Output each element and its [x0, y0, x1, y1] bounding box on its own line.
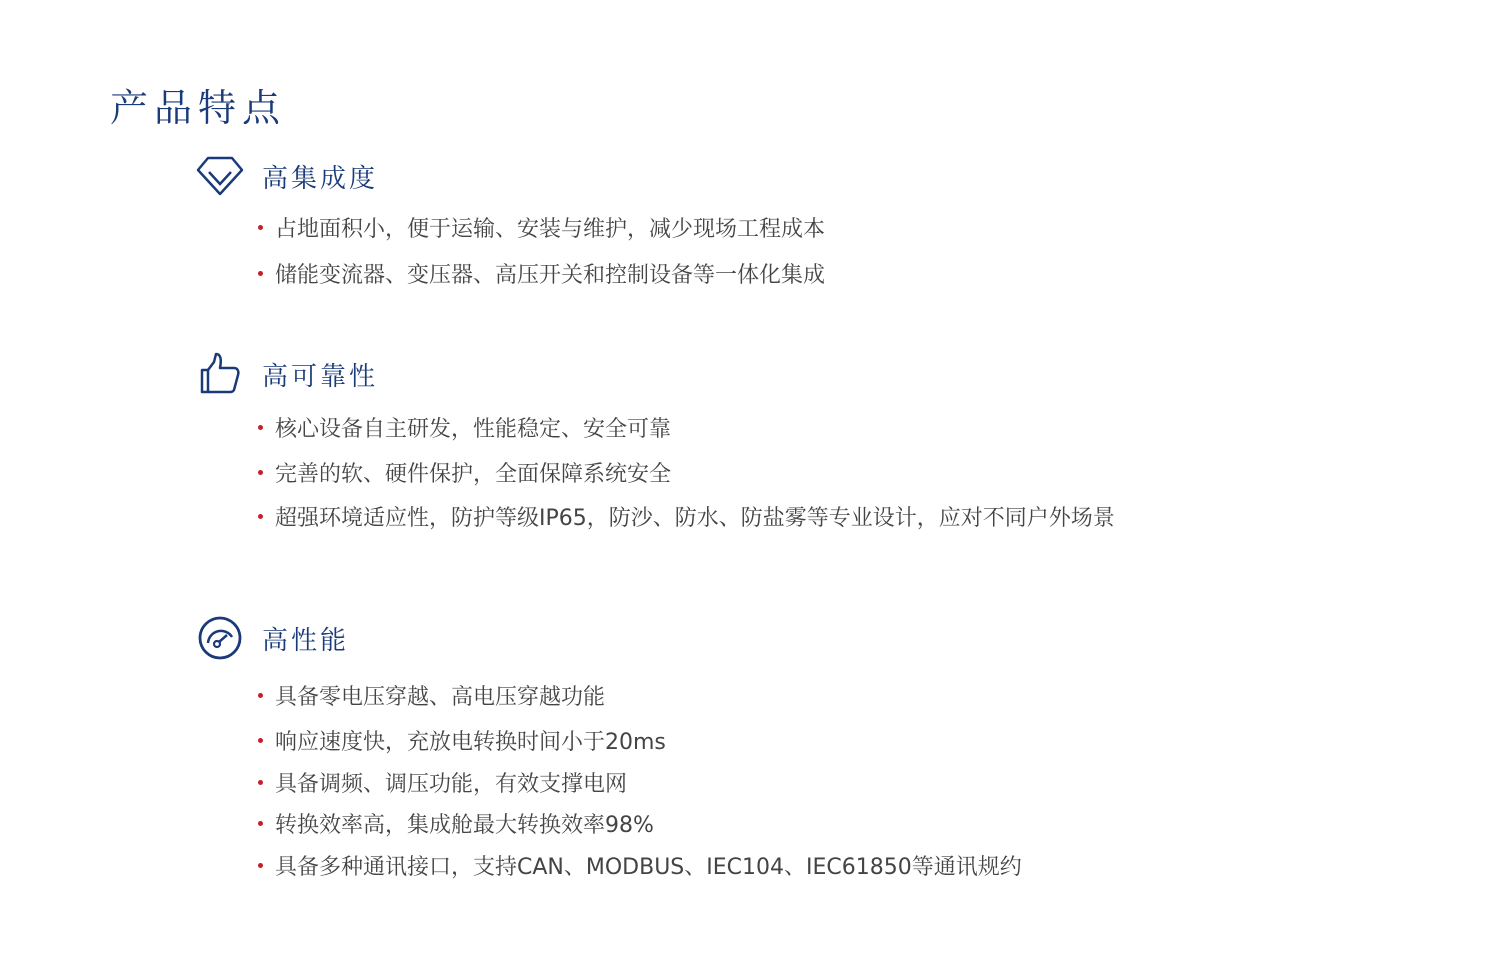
bullet-dot: [258, 693, 263, 698]
bullet-dot: [258, 225, 263, 230]
bullet-dot: [258, 821, 263, 826]
list-item: 响应速度快，充放电转换时间小于20ms: [258, 725, 666, 756]
list-item: 具备多种通讯接口，支持CAN、MODBUS、IEC104、IEC61850等通讯…: [258, 850, 1022, 881]
page-title: 产品特点: [110, 77, 286, 132]
list-item: 转换效率高，集成舱最大转换效率98%: [258, 808, 654, 839]
section-title: 高集成度: [262, 158, 378, 195]
list-item: 储能变流器、变压器、高压开关和控制设备等一体化集成: [258, 258, 825, 289]
bullet-dot: [258, 470, 263, 475]
list-item: 核心设备自主研发，性能稳定、安全可靠: [258, 412, 671, 443]
section-title: 高可靠性: [262, 356, 378, 393]
list-item: 占地面积小，便于运输、安装与维护，减少现场工程成本: [258, 212, 825, 243]
list-item: 具备零电压穿越、高电压穿越功能: [258, 680, 605, 711]
section-title: 高性能: [262, 620, 349, 657]
section-header: 高性能: [196, 614, 349, 662]
bullet-dot: [258, 514, 263, 519]
bullet-dot: [258, 425, 263, 430]
section-high-integration: 高集成度 占地面积小，便于运输、安装与维护，减少现场工程成本 储能变流器、变压器…: [196, 152, 378, 200]
section-header: 高集成度: [196, 152, 378, 200]
bullet-dot: [258, 738, 263, 743]
section-high-performance: 高性能 具备零电压穿越、高电压穿越功能 响应速度快，充放电转换时间小于20ms …: [196, 614, 349, 662]
section-header: 高可靠性: [196, 350, 378, 398]
bullet-dot: [258, 780, 263, 785]
gauge-icon: [196, 614, 244, 662]
list-item: 具备调频、调压功能，有效支撑电网: [258, 767, 627, 798]
diamond-icon: [196, 152, 244, 200]
bullet-dot: [258, 863, 263, 868]
list-item: 完善的软、硬件保护，全面保障系统安全: [258, 457, 671, 488]
list-item: 超强环境适应性，防护等级IP65，防沙、防水、防盐雾等专业设计，应对不同户外场景: [258, 501, 1115, 532]
bullet-dot: [258, 271, 263, 276]
section-high-reliability: 高可靠性 核心设备自主研发，性能稳定、安全可靠 完善的软、硬件保护，全面保障系统…: [196, 350, 378, 398]
thumbs-up-icon: [196, 350, 244, 398]
